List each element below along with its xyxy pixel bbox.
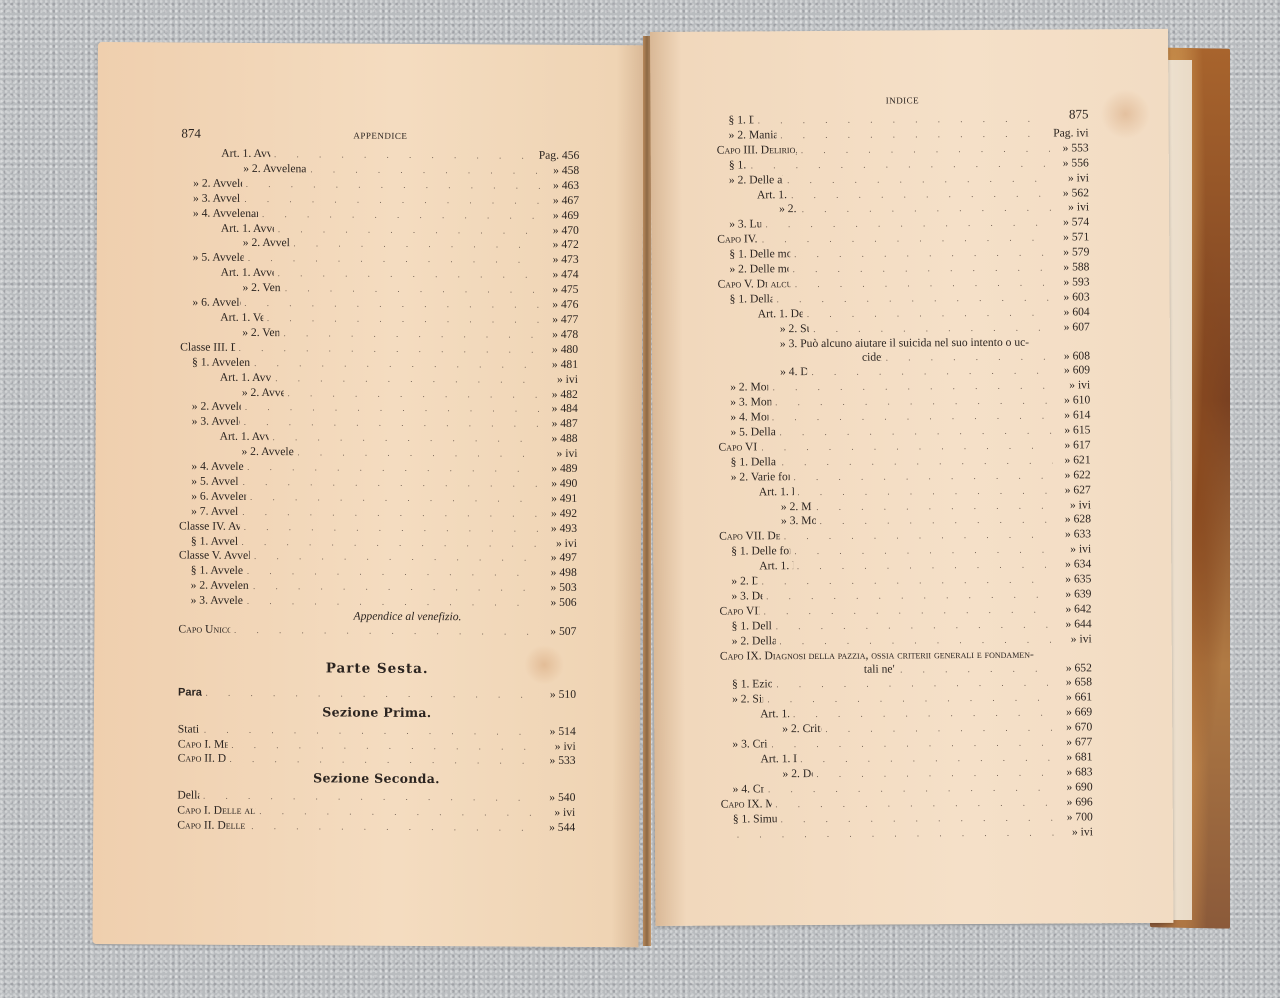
toc-entry-label: Art. 1. Dello interrogatorio — [760, 752, 796, 766]
toc-entry-page: » 507 — [542, 625, 576, 639]
toc-entry[interactable]: § 1. Della demenza classica» 644 — [720, 617, 1092, 634]
toc-entry-label: Capo V. Di alcune particolari forme dell… — [718, 277, 791, 291]
toc-entry-page: » 683 — [1058, 765, 1092, 779]
leader-dots — [900, 662, 1054, 677]
toc-entry-page: » 478 — [544, 328, 578, 342]
toc-entry-label: Art. 1. Lipemania attonita — [759, 485, 794, 499]
toc-entry[interactable]: » 4. Monomania al furto .» 614 — [718, 408, 1090, 425]
leader-dots — [767, 692, 1054, 708]
toc-entry[interactable]: § 1. Delle forme mentali difettive conge… — [719, 543, 1091, 560]
toc-entry[interactable]: Art. 1. Lipemania attonita» 627 — [719, 483, 1091, 500]
leader-dots — [247, 461, 539, 477]
toc-entry-page: » 562 — [1055, 186, 1089, 200]
toc-entry-label: § 1. Eziogenesi della pazzia — [732, 678, 772, 692]
leader-dots — [793, 469, 1052, 484]
toc-entry-page: » 621 — [1057, 453, 1091, 467]
toc-entry-page: » 506 — [543, 596, 577, 610]
leader-dots — [784, 529, 1053, 545]
toc-entry-label: » 3. Lucido intervallo — [729, 218, 761, 232]
toc-entry-page: » 489 — [543, 462, 577, 476]
toc-entry-page: » ivi — [542, 739, 576, 753]
toc-entry-label: § 1. Avvelenamento per la belladonna . — [192, 355, 250, 369]
toc-entry-label: » 2. Criterio anatomo-patologico — [782, 722, 821, 736]
leader-dots — [768, 781, 1055, 797]
leader-dots — [782, 454, 1053, 470]
leader-dots — [285, 282, 541, 297]
right-toc-list: § 1. Della mania» 2. Mania circolare e t… — [716, 111, 1092, 842]
toc-entry-page: » 588 — [1055, 260, 1089, 274]
toc-entry-page: » 639 — [1057, 587, 1091, 601]
toc-entry-label: Capo IX. Diagnosi della pazzia, ossia cr… — [720, 647, 1034, 663]
toc-entry-page: » 553 — [1055, 141, 1089, 155]
leader-dots — [793, 262, 1052, 277]
toc-entry[interactable]: § 1. Delirio» 556 — [717, 156, 1089, 173]
toc-entry-page: » 484 — [544, 402, 578, 416]
toc-entry-page: » 669 — [1058, 706, 1092, 720]
leader-dots — [766, 589, 1053, 605]
left-running-head: 874 APPENDICE — [181, 129, 579, 149]
toc-entry-label: » 3. Avvelenamento per cantaridi . — [191, 594, 243, 608]
leader-dots — [802, 202, 1051, 217]
toc-entry-page: » 677 — [1058, 735, 1092, 749]
toc-entry-label: » 4. Criterio morale . — [733, 782, 764, 796]
leader-dots — [776, 618, 1054, 634]
toc-entry[interactable]: Capo VI. Delle lipemanie» 617 — [718, 438, 1090, 455]
toc-entry[interactable]: » 2. Della scritturazione» 683 — [720, 765, 1092, 782]
toc-entry-page: » 593 — [1055, 275, 1089, 289]
leader-dots — [886, 350, 1052, 365]
toc-entry-page: » ivi — [1055, 171, 1089, 185]
leader-dots — [761, 439, 1052, 455]
leader-dots — [797, 559, 1054, 574]
leader-dots — [278, 267, 541, 283]
leader-dots — [247, 595, 539, 611]
toc-entry-page: » 510 — [542, 688, 576, 702]
leader-dots — [254, 550, 539, 566]
toc-entry-label: Capo II. Della mente inferma — [178, 752, 226, 766]
leader-dots — [231, 738, 538, 754]
toc-entry[interactable]: Capo VII. Delle forme alienative difetti… — [719, 528, 1091, 545]
toc-entry-page: » 470 — [545, 223, 579, 237]
toc-entry-label: » 2. Varie forme di alienazione lipemani… — [731, 470, 790, 484]
toc-entry-label: » 2. Avvelenamento per fosforo — [193, 176, 242, 190]
toc-entry[interactable]: » 2. Illusione .» ivi — [717, 201, 1089, 218]
toc-entry[interactable]: § 1. Della lipemania in generale .» 621 — [719, 453, 1091, 470]
right-page: INDICE 875 § 1. Della mania» 2. Mania ci… — [650, 29, 1173, 926]
leader-dots — [246, 178, 541, 194]
toc-entry-label: Art. 1. Della imbecillità . — [759, 559, 793, 573]
leader-dots — [244, 416, 540, 432]
leader-dots — [807, 306, 1052, 321]
toc-entry[interactable]: Capo IV. Delle monomanie» 571 — [717, 231, 1089, 248]
toc-entry-label: » 4. Avvelenamento per la cicuta . — [191, 460, 243, 474]
leader-dots — [243, 476, 540, 492]
toc-entry-label: » 2. Sintomatologia . — [732, 693, 763, 707]
toc-entry-page: » 544 — [541, 821, 575, 835]
toc-entry-label: Capo Unico. Del falso venefizio — [178, 623, 230, 637]
toc-entry[interactable]: » 2. Varie forme di alienazione lipemani… — [719, 468, 1091, 485]
toc-entry-label: » 2. Avvelenamento da acido prussico . — [191, 579, 249, 593]
leader-dots — [247, 565, 539, 581]
toc-entry-page: » 579 — [1055, 245, 1089, 259]
parte-heading: Parte Sesta. — [178, 661, 576, 677]
toc-entry-label: » 2. Della scritturazione — [782, 767, 812, 781]
toc-entry[interactable]: » 4. Criterio morale .» 690 — [721, 780, 1093, 797]
toc-entry-page: » 481 — [544, 357, 578, 371]
toc-entry[interactable]: » ivi — [721, 825, 1093, 842]
toc-entry[interactable]: » 2. Monomania omicida .» ivi — [718, 379, 1090, 396]
right-running-head: INDICE 875 — [716, 93, 1088, 113]
leader-dots — [250, 491, 539, 507]
toc-entry-page: » 634 — [1057, 558, 1091, 572]
toc-entry-page: » ivi — [543, 536, 577, 550]
toc-entry-page: » 476 — [544, 298, 578, 312]
toc-entry-label: » 5. Avvelenamento per emetico . — [193, 251, 244, 265]
leader-dots — [245, 401, 540, 417]
toc-entry[interactable]: Capo V. Di alcune particolari forme dell… — [718, 275, 1090, 292]
toc-entry-label: » 3. Monomania incendiaria — [730, 395, 771, 409]
toc-entry-page: » 681 — [1058, 750, 1092, 764]
toc-entry-page: » 473 — [545, 253, 579, 267]
toc-entry-page: » 658 — [1058, 676, 1092, 690]
toc-entry-page: » 635 — [1057, 572, 1091, 586]
toc-entry-page: » 614 — [1056, 408, 1090, 422]
leader-dots — [254, 357, 540, 373]
toc-entry[interactable]: » 2. Criterio anatomo-patologico» 670 — [720, 720, 1092, 737]
toc-entry-label: § 1. Avvelenamento per stricnina . — [191, 564, 243, 578]
toc-entry-page: » 670 — [1058, 720, 1092, 734]
toc-entry-label: » 6. Avvelenamento da digitale — [192, 296, 240, 310]
toc-entry-label: Art. 1. Avvelenamento da arsenico . — [221, 147, 270, 161]
toc-entry-page: » 488 — [544, 432, 578, 446]
leader-dots — [771, 737, 1054, 753]
toc-entry-page: » 463 — [545, 179, 579, 193]
toc-entry-page: » 644 — [1058, 617, 1092, 631]
toc-entry[interactable]: § 1. Simulazione della pazzia .» 700 — [721, 810, 1093, 827]
toc-entry-page: » 480 — [544, 343, 578, 357]
toc-entry-label: § 1. Delle monomanie intellettive in gen… — [729, 247, 790, 261]
left-page-number: 874 — [181, 127, 201, 141]
toc-entry-page: » 458 — [545, 164, 579, 178]
toc-entry-page: » ivi — [1055, 201, 1089, 215]
sezione-prima-heading: Sezione Prima. — [178, 704, 576, 720]
leader-dots — [251, 820, 537, 836]
toc-entry-page: » 627 — [1057, 483, 1091, 497]
toc-entry-label: § 1. Della monomania suicida — [730, 292, 773, 306]
leader-dots — [241, 535, 539, 551]
leader-dots — [816, 499, 1053, 514]
leader-dots — [239, 342, 541, 358]
toc-entry-page: » 540 — [541, 791, 575, 805]
toc-entry-page: » 642 — [1057, 602, 1091, 616]
toc-entry[interactable]: Capo I. Mente sana e cervello» ivi — [178, 737, 576, 754]
toc-entry-label: Classe V. Avvelenamento da veleni nevros… — [179, 549, 250, 563]
leader-dots — [293, 238, 541, 253]
toc-entry[interactable]: Capo II. Delle pazzie maniache in partic… — [177, 819, 575, 836]
leader-dots — [772, 410, 1053, 426]
toc-entry-label: Capo IV. Delle monomanie — [717, 233, 758, 247]
toc-entry-label: » 3. Avvelenamento da tabacco — [192, 415, 240, 429]
toc-entry-page: » 491 — [543, 492, 577, 506]
leader-dots — [775, 395, 1052, 411]
leader-dots — [797, 484, 1053, 499]
toc-entry-continuation[interactable]: tali ne' giudizi dell'alienazione mental… — [720, 661, 1092, 678]
toc-entry[interactable]: Capo VIII. Della demenza» 642 — [719, 602, 1091, 619]
paper-stain — [1100, 89, 1150, 139]
toc-entry-label: Art. 1. Avvelenamento da tabacco . — [220, 430, 269, 444]
toc-entry-label: » 5. Della monomania amatoria — [730, 425, 775, 439]
toc-entry[interactable]: » 2. Melanconia religiosa» ivi — [719, 498, 1091, 515]
toc-entry-label: § 1. Avvelenamento per oppio — [191, 534, 238, 548]
toc-entry-label: Art. 1. Avvelenamento da uso interno . — [221, 266, 274, 280]
toc-entry-page: » 477 — [544, 313, 578, 327]
toc-entry-page: Pag. 456 — [539, 149, 580, 163]
leader-dots — [764, 603, 1054, 619]
toc-entry[interactable]: » 2. Suicidio-omicidio .» 607 — [718, 320, 1090, 337]
toc-entry-page: » 604 — [1056, 305, 1090, 319]
toc-entry-page: » 661 — [1058, 691, 1092, 705]
leader-dots — [794, 544, 1053, 559]
sezione-seconda-heading: Sezione Seconda. — [177, 771, 575, 787]
toc-entry-label: Capo VI. Delle lipemanie — [718, 440, 757, 454]
toc-entry-page: » 474 — [545, 268, 579, 282]
leader-dots — [267, 312, 541, 328]
leader-dots — [275, 372, 540, 388]
toc-entry[interactable]: » 2. Sintomatologia .» 661 — [720, 691, 1092, 708]
toc-entry-page: » 469 — [545, 208, 579, 222]
left-toc-list: Art. 1. Avvelenamento da arsenico .Pag. … — [179, 147, 580, 612]
leader-dots — [310, 163, 541, 178]
toc-entry[interactable]: Art. 1. Criterii fisici .» 669 — [720, 706, 1092, 723]
toc-entry-label: » 3. Avvelenamento per rame . — [193, 191, 240, 205]
leader-dots — [791, 187, 1051, 202]
toc-entry-page: » ivi — [1059, 825, 1093, 839]
leader-dots — [244, 521, 539, 537]
leader-dots — [811, 365, 1052, 380]
toc-entry-label: » 6. Avvelenamento per cloroformio — [191, 489, 246, 503]
leader-dots — [825, 722, 1054, 737]
toc-entry-label: Della pazzia — [177, 789, 199, 803]
right-page-number: 875 — [1069, 107, 1089, 121]
toc-entry-label: Capo IX. Menzogne in alienazione — [721, 797, 772, 811]
toc-entry-page: » ivi — [541, 806, 575, 820]
toc-entry-page: » 467 — [545, 193, 579, 207]
right-running-head-title: INDICE — [886, 95, 920, 105]
toc-entry-label: Classe IV. Avvelenamento per narcotici — [179, 519, 240, 533]
toc-entry-label: Capo II. Delle pazzie maniache in partic… — [177, 819, 247, 833]
toc-entry[interactable]: § 1. Della monomania suicida» 603 — [718, 290, 1090, 307]
leader-dots — [795, 277, 1052, 292]
toc-entry-label: » 2. Avvelenamento per piombo — [192, 400, 241, 414]
toc-entry[interactable]: » 2. Delle monomanie istintive in genera… — [717, 260, 1089, 277]
toc-entry-label: § 1. Della lipemania in generale . — [731, 455, 778, 469]
toc-entry-paranologia[interactable]: Paranologia » 510 — [178, 685, 576, 702]
toc-entry-page: » 492 — [543, 506, 577, 520]
leader-dots — [800, 752, 1054, 767]
toc-entry[interactable]: » 4. Diritti del suicida» 609 — [718, 364, 1090, 381]
leader-dots — [248, 252, 541, 268]
toc-entry-label: » 2. Avvelenamento da atropina — [242, 385, 284, 399]
toc-entry-label: Art. 1. Avvelenamento da belladonna — [220, 370, 271, 384]
toc-entry-label: » 4. Avvelenamento da sublimato corrosiv… — [193, 206, 258, 220]
leader-dots — [244, 193, 541, 209]
toc-entry-label: » 7. Avvelenamento per alcool — [191, 504, 238, 518]
toc-entry-page: » 609 — [1056, 364, 1090, 378]
toc-entry-label: » 2. Della idiozia — [731, 574, 757, 588]
toc-entry-page: » 700 — [1059, 810, 1093, 824]
toc-entry-label: » 2. Monomania omicida . — [730, 381, 769, 395]
toc-entry-page: » 556 — [1055, 156, 1089, 170]
toc-entry-page: » 493 — [543, 521, 577, 535]
toc-entry-label: § 1. Simulazione della pazzia . — [733, 812, 777, 826]
toc-entry-capo-unico[interactable]: Capo Unico. Del falso venefizio » 507 — [178, 623, 576, 640]
toc-entry[interactable]: » 2. Della demenza paralitica .» ivi — [720, 632, 1092, 649]
toc-entry[interactable]: Capo II. Della mente inferma» 533 — [178, 752, 576, 769]
toc-entry[interactable]: Stati mentali» 514 — [178, 722, 576, 739]
toc-entry-label: » 2. Delle monomanie istintive in genera… — [729, 262, 788, 276]
toc-entry[interactable]: » 3. Del cretinismo .» 639 — [719, 587, 1091, 604]
toc-entry[interactable]: » 3. Monomania nostalgica .» 628 — [719, 513, 1091, 530]
toc-entry-page: » 503 — [543, 581, 577, 595]
toc-entry-page: » ivi — [543, 447, 577, 461]
toc-entry-label: » 2. Venefizio da uso esterno — [242, 281, 281, 295]
leader-dots — [780, 127, 1049, 143]
toc-entry-label: » 4. Monomania al furto . — [730, 410, 768, 424]
toc-entry-label: » 2. Venefizio per digitalina — [242, 326, 279, 340]
leader-dots — [762, 232, 1051, 248]
toc-entry-page: Pag. ivi — [1053, 126, 1089, 140]
toc-entry-label: Classe III. Dei veleni stupefacienti — [180, 340, 235, 354]
toc-entry-label: » 3. Può alcuno aiutare il suicida nel s… — [780, 335, 1029, 350]
leader-dots — [816, 766, 1054, 781]
toc-entry-label: » 2. Mania circolare e transitoria . — [729, 128, 777, 142]
toc-entry[interactable]: § 1. Delle monomanie intellettive in gen… — [717, 245, 1089, 262]
toc-entry[interactable]: Art. 1. Del suicidio contemporaneo» 604 — [718, 305, 1090, 322]
leader-dots — [813, 321, 1052, 336]
toc-entry-label: Capo VII. Delle forme alienative difetti… — [719, 530, 780, 544]
toc-entry-page: » 574 — [1055, 216, 1089, 230]
leader-dots — [230, 753, 538, 769]
sezione-seconda-list: Della pazzia» 540Capo I. Delle alienazio… — [177, 789, 575, 836]
toc-entry-label: » 2. Illusione . — [779, 203, 798, 217]
toc-entry-continuation[interactable]: ciderlo se il richiegga?» 608 — [718, 349, 1090, 366]
toc-entry-label: Art. 1. Avvelenamento da uso interno . — [221, 221, 274, 235]
toc-entry-label: Capo VIII. Della demenza — [719, 604, 759, 618]
toc-entry-page: » 633 — [1057, 528, 1091, 542]
toc-entry-label: Stati mentali — [178, 722, 200, 736]
toc-entry-label: » 4. Diritti del suicida — [780, 365, 808, 379]
toc-entry-page: » ivi — [1057, 498, 1091, 512]
leader-dots — [234, 624, 538, 640]
toc-entry-page: » 652 — [1058, 661, 1092, 675]
toc-entry[interactable]: § 1. Eziogenesi della pazzia» 658 — [720, 676, 1092, 693]
toc-entry-label: Art. 1. Del suicidio contemporaneo — [758, 307, 803, 321]
toc-entry-page: » 690 — [1059, 780, 1093, 794]
toc-entry[interactable]: Art. 1. Allucinazione .» 562 — [717, 186, 1089, 203]
toc-entry-page: » ivi — [1056, 379, 1090, 393]
leader-dots — [779, 425, 1052, 441]
leader-dots — [288, 387, 540, 402]
toc-entry[interactable]: » 5. Della monomania amatoria» 615 — [718, 423, 1090, 440]
toc-entry[interactable]: » 3. Monomania incendiaria» 610 — [718, 394, 1090, 411]
toc-entry-label: Art. 1. Allucinazione . — [757, 188, 787, 202]
toc-entry-label: Art. 1. Criterii fisici . — [760, 707, 789, 721]
toc-entry-page: » ivi — [1058, 632, 1092, 646]
toc-entry-label: » 5. Avvelenamento per curare — [191, 475, 238, 489]
leader-dots — [820, 514, 1053, 529]
leader-dots — [765, 217, 1051, 233]
toc-entry-label-continuation: tali ne' giudizi dell'alienazione mental… — [720, 662, 896, 677]
toc-entry-page: » 487 — [544, 417, 578, 431]
toc-entry-page: » 475 — [544, 283, 578, 297]
leader-dots — [204, 723, 538, 739]
toc-entry[interactable]: Capo IX. Menzogne in alienazione» 696 — [721, 795, 1093, 812]
leader-dots — [283, 327, 540, 342]
leader-dots — [278, 223, 541, 239]
leader-dots — [758, 113, 1051, 129]
toc-entry[interactable]: » 2. Della idiozia» 635 — [719, 572, 1091, 589]
leader-dots — [262, 208, 541, 224]
toc-entry-page: » 696 — [1059, 795, 1093, 809]
toc-entry[interactable]: » 2. Mania circolare e transitoria .Pag.… — [717, 126, 1089, 143]
leader-dots — [762, 574, 1054, 590]
leader-dots — [787, 172, 1051, 188]
toc-entry-label: » 2. Avvelenamento per la nicotina pura … — [241, 445, 293, 459]
toc-entry-label: » 3. Del cretinismo . — [731, 589, 762, 603]
leader-dots — [751, 157, 1051, 173]
leader-dots — [801, 142, 1051, 157]
toc-entry-label: » 2. Avvelenamento da arsenico applicato… — [243, 162, 306, 176]
toc-entry-label: » 3. Criterii intellettivi . — [732, 737, 767, 751]
toc-entry-page: » 617 — [1056, 438, 1090, 452]
toc-entry-page: » 607 — [1056, 320, 1090, 334]
toc-entry[interactable]: Art. 1. Dello interrogatorio» 681 — [720, 750, 1092, 767]
leader-dots — [776, 677, 1054, 693]
leader-dots — [794, 247, 1051, 262]
toc-entry-page: » 571 — [1055, 231, 1089, 245]
toc-entry[interactable]: » 3. Lucido intervallo» 574 — [717, 216, 1089, 233]
sezione-prima-list: Stati mentali» 514Capo I. Mente sana e c… — [178, 722, 576, 769]
leader-dots — [206, 686, 539, 702]
toc-entry-page: » 603 — [1056, 290, 1090, 304]
leader-dots — [775, 796, 1055, 812]
toc-entry-page: » 514 — [542, 724, 576, 738]
toc-entry-page: » 490 — [543, 477, 577, 491]
toc-entry-label: Paranologia — [178, 686, 202, 700]
toc-entry-label: » 2. Avvelenamento da uso esterno . — [243, 236, 290, 250]
toc-entry-label: § 1. Della demenza classica — [732, 619, 772, 633]
toc-entry-page: » 533 — [542, 754, 576, 768]
toc-entry[interactable]: Art. 1. Della imbecillità .» 634 — [719, 558, 1091, 575]
toc-entry[interactable]: § 1. Della mania — [716, 111, 1088, 128]
toc-entry[interactable]: Capo III. Delirio, allucinazioni, illusi… — [717, 141, 1089, 158]
book-gutter — [643, 36, 651, 946]
toc-entry[interactable]: » 3. Criterii intellettivi .» 677 — [720, 735, 1092, 752]
toc-entry-label: § 1. Delirio — [729, 158, 747, 172]
toc-entry[interactable]: » 2. Delle allucinazioni e delle illusio… — [717, 171, 1089, 188]
leader-dots — [781, 811, 1055, 827]
toc-entry-label: » 2. Delle allucinazioni e delle illusio… — [729, 173, 783, 187]
toc-entry-page: » 497 — [543, 551, 577, 565]
toc-entry-page: » 482 — [544, 387, 578, 401]
toc-entry-page: » 615 — [1056, 423, 1090, 437]
leader-dots — [297, 446, 539, 461]
toc-entry-page: » ivi — [544, 372, 578, 386]
leader-dots — [737, 826, 1055, 842]
leader-dots — [242, 506, 539, 522]
toc-entry-page: » 608 — [1056, 349, 1090, 363]
leader-dots — [259, 805, 537, 821]
